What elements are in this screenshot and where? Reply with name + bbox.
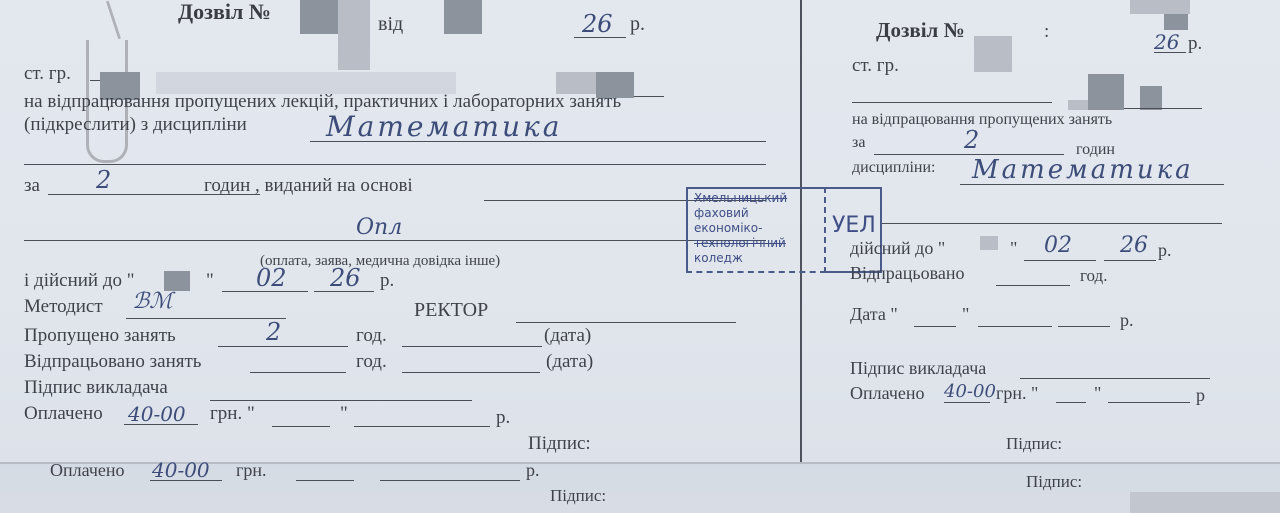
right-year-value: 26 (1154, 30, 1179, 54)
left-teacher-sign-label: Підпис викладача (24, 378, 168, 398)
right-signature-label: Підпис: (1006, 434, 1062, 454)
right-valid-label: дійсний до " (850, 238, 945, 258)
left-year-suffix: р. (630, 14, 645, 34)
paper-clip-icon (106, 1, 121, 40)
redacted-block (338, 0, 370, 70)
left-worked-date-hint: (дата) (546, 352, 593, 372)
right-paid-value: 40-00 (944, 380, 996, 404)
left-missed-date-hint: (дата) (544, 326, 591, 346)
left-purpose-line: на відпрацювання пропущених лекцій, прак… (24, 92, 621, 112)
underlying-sheet: Оплачено 40-00 грн. р. Підпис: Підпис: (0, 462, 1280, 513)
bottom-signature-right: Підпис: (1026, 472, 1082, 492)
redacted-date (444, 0, 482, 34)
left-signature-label: Підпис: (528, 434, 591, 454)
left-missed-label: Пропущено занять (24, 326, 176, 346)
redacted-day (164, 271, 190, 291)
left-hours-suffix: годин , виданий на основі (204, 176, 413, 196)
left-title: Дозвіл № (178, 2, 271, 22)
right-hours-prefix: за (852, 133, 865, 153)
left-basis-value: Опл (356, 216, 402, 240)
department-stamp: УЕЛ (826, 187, 882, 273)
right-date-label: Дата " (850, 304, 898, 324)
left-discipline-value: Математика (326, 115, 562, 139)
right-teacher-sign-label: Підпис викладача (850, 358, 986, 378)
left-missed-value: 2 (266, 320, 281, 344)
right-discipline-value: Математика (972, 158, 1194, 182)
bottom-signature-left: Підпис: (550, 486, 606, 506)
left-methodist-label: Методист (24, 297, 103, 317)
right-valid-month: 02 (1044, 234, 1072, 258)
left-valid-label: і дійсний до " (24, 271, 135, 291)
bottom-paid-label: Оплачено (50, 460, 125, 480)
left-paid-label: Оплачено (24, 404, 103, 424)
right-group-label: ст. гр. (852, 56, 899, 76)
right-title: Дозвіл № (876, 20, 965, 40)
redacted-number (974, 36, 1012, 72)
bottom-paid-value: 40-00 (152, 458, 210, 482)
right-worked-label: Відпрацьовано (850, 263, 965, 283)
left-year-value: 26 (582, 12, 613, 36)
rector-label: РЕКТОР (414, 300, 488, 320)
redacted-name (1088, 74, 1124, 110)
methodist-signature: ℬℳ (132, 290, 173, 314)
left-paid-value: 40-00 (128, 402, 186, 426)
college-stamp: Хмельницький фаховий економіко- технолог… (686, 187, 826, 273)
right-hours-value: 2 (964, 128, 979, 152)
left-valid-month: 02 (256, 266, 287, 290)
right-discipline-label: дисципліни: (852, 158, 936, 178)
left-worked-label: Відпрацьовано занять (24, 352, 201, 372)
left-from-label: від (378, 14, 403, 34)
left-valid-year: 26 (330, 266, 361, 290)
permit-sheet: Дозвіл № від 26 р. ст. гр. на відпрацюва… (0, 0, 1280, 465)
left-hours-value: 2 (96, 168, 111, 192)
right-valid-year: 26 (1120, 234, 1148, 258)
left-hours-prefix: за (24, 176, 40, 196)
right-purpose-line: на відпрацювання пропущених занять (852, 110, 1112, 130)
right-paid-label: Оплачено (850, 383, 925, 403)
left-basis-hint: (оплата, заява, медична довідка інше) (260, 251, 500, 271)
left-underline-hint: (підкреслити) з дисципліни (24, 115, 247, 135)
left-group-label: ст. гр. (24, 64, 71, 84)
